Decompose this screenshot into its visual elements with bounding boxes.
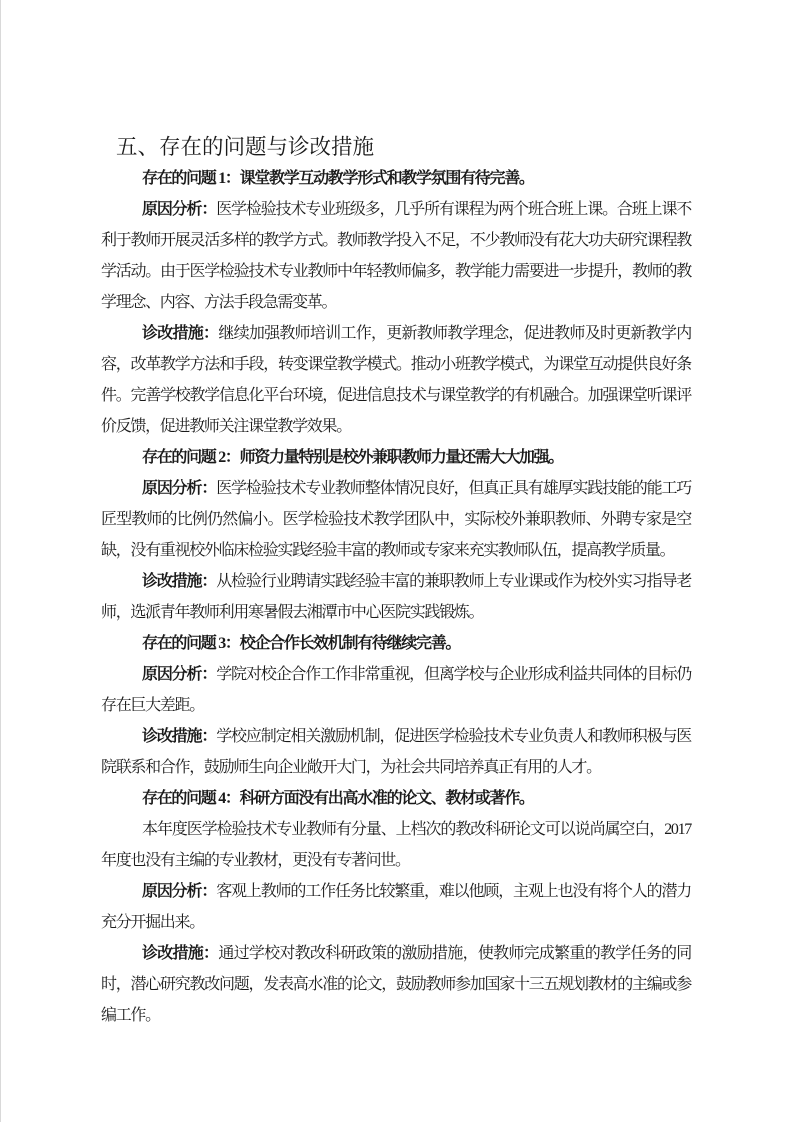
reason-label: 原因分析： bbox=[142, 666, 216, 683]
reason-label: 原因分析： bbox=[142, 480, 216, 497]
document-heading: 五、存在的问题与诊改措施 bbox=[101, 132, 691, 163]
problem-section-2: 存在的问题 2：师资力量特别是校外兼职教师力量还需大大加强。 原因分析：医学检验… bbox=[101, 442, 691, 628]
reason-label: 原因分析： bbox=[142, 883, 216, 900]
problem-3-title: 存在的问题 3：校企合作长效机制有待继续完善。 bbox=[101, 628, 691, 659]
problem-1-measure-paragraph: 诊改措施：继续加强教师培训工作，更新教师教学理念，促进教师及时更新教学内容，改革… bbox=[101, 318, 691, 442]
problem-2-title: 存在的问题 2：师资力量特别是校外兼职教师力量还需大大加强。 bbox=[101, 442, 691, 473]
measure-label: 诊改措施： bbox=[142, 728, 216, 745]
reason-label: 原因分析： bbox=[142, 201, 216, 218]
problem-3-measure-paragraph: 诊改措施：学校应制定相关激励机制，促进医学检验技术专业负责人和教师积极与医院联系… bbox=[101, 721, 691, 783]
problem-2-measure-paragraph: 诊改措施：从检验行业聘请实践经验丰富的兼职教师上专业课或作为校外实习指导老师，选… bbox=[101, 566, 691, 628]
intro-text: 本年度医学检验技术专业教师有分量、上档次的教改科研论文可以说尚属空白，2017 … bbox=[101, 821, 691, 869]
measure-label: 诊改措施： bbox=[142, 325, 218, 342]
problem-1-title: 存在的问题 1：课堂教学互动教学形式和教学氛围有待完善。 bbox=[101, 163, 691, 194]
problem-4-intro-paragraph: 本年度医学检验技术专业教师有分量、上档次的教改科研论文可以说尚属空白，2017 … bbox=[101, 814, 691, 876]
problem-4-reason-paragraph: 原因分析：客观上教师的工作任务比较繁重，难以他顾，主观上也没有将个人的潜力充分开… bbox=[101, 876, 691, 938]
problem-section-4: 存在的问题 4：科研方面没有出高水准的论文、教材或著作。 本年度医学检验技术专业… bbox=[101, 783, 691, 1031]
document-page: 五、存在的问题与诊改措施 存在的问题 1：课堂教学互动教学形式和教学氛围有待完善… bbox=[0, 0, 793, 1122]
problem-section-3: 存在的问题 3：校企合作长效机制有待继续完善。 原因分析：学院对校企合作工作非常… bbox=[101, 628, 691, 783]
problem-1-reason-paragraph: 原因分析：医学检验技术专业班级多，几乎所有课程为两个班合班上课。合班上课不利于教… bbox=[101, 194, 691, 318]
problem-2-reason-paragraph: 原因分析：医学检验技术专业教师整体情况良好，但真正具有雄厚实践技能的能工巧匠型教… bbox=[101, 473, 691, 566]
measure-label: 诊改措施： bbox=[142, 573, 216, 590]
problem-4-title: 存在的问题 4：科研方面没有出高水准的论文、教材或著作。 bbox=[101, 783, 691, 814]
problem-4-measure-paragraph: 诊改措施：通过学校对教改科研政策的激励措施，使教师完成繁重的教学任务的同时，潜心… bbox=[101, 938, 691, 1031]
measure-label: 诊改措施： bbox=[142, 945, 218, 962]
problem-section-1: 存在的问题 1：课堂教学互动教学形式和教学氛围有待完善。 原因分析：医学检验技术… bbox=[101, 163, 691, 442]
problem-3-reason-paragraph: 原因分析：学院对校企合作工作非常重视，但离学校与企业形成利益共同体的目标仍存在巨… bbox=[101, 659, 691, 721]
